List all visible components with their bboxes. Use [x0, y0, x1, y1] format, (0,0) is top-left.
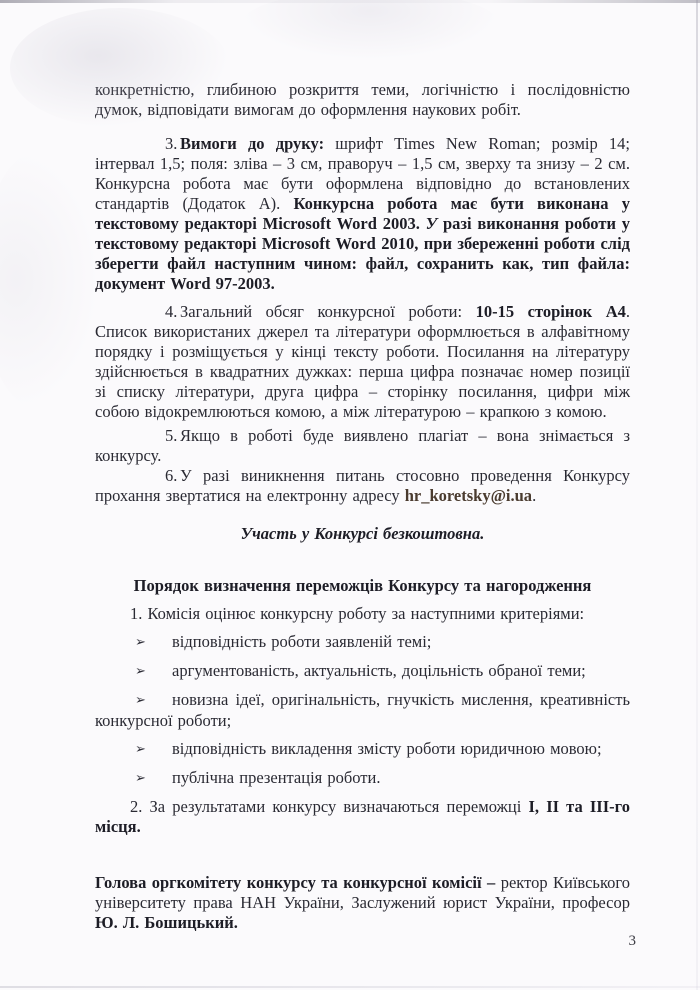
scan-smudge — [240, 0, 500, 60]
bullet-criterion-legal-language: ➢відповідність викладення змісту роботи … — [95, 739, 630, 760]
bullet-criterion-presentation: ➢публічна презентація роботи. — [95, 768, 630, 789]
paragraph-item-6-contact: 6.У разі виникнення питань стосовно пров… — [95, 466, 630, 506]
bullet-criterion-novelty: ➢новизна ідеї, оригінальність, гнучкість… — [95, 690, 630, 731]
text-run: У — [426, 214, 437, 233]
bullet-criterion-argumentation: ➢аргументованість, актуальність, доцільн… — [95, 661, 630, 682]
paragraph-continuation: конкретністю, глибиною розкриття теми, л… — [95, 80, 630, 120]
scan-smudge — [0, 150, 100, 410]
text-run: новизна ідеї, оригінальність, гнучкість … — [95, 690, 635, 730]
text-run: публічна презентація роботи. — [172, 768, 380, 787]
list-number: 3. — [130, 134, 180, 154]
text-run: аргументованість, актуальність, доцільні… — [172, 661, 586, 680]
text-run: Голова оргкомітету конкурсу та конкурсно… — [95, 873, 501, 892]
text-run: відповідність роботи заявленій темі; — [172, 632, 431, 651]
text-run: Ю. Л. Бошицький. — [95, 913, 238, 932]
text-run: . — [532, 486, 536, 505]
arrow-bullet-icon: ➢ — [115, 690, 172, 710]
scan-edge-artifact — [696, 0, 698, 990]
text-run: 10-15 сторінок А4 — [476, 302, 626, 321]
paragraph-item-5-plagiarism: 5.Якщо в роботі буде виявлено плагіат – … — [95, 426, 630, 466]
scan-edge-artifact — [0, 986, 700, 988]
paragraph-results: 2. За результатами конкурсу визначаються… — [95, 797, 630, 837]
section-heading-winners: Порядок визначення переможців Конкурсу т… — [95, 576, 630, 596]
arrow-bullet-icon: ➢ — [115, 739, 172, 759]
scanned-document-page: конкретністю, глибиною розкриття теми, л… — [0, 0, 700, 990]
bullet-criterion-topic: ➢відповідність роботи заявленій темі; — [95, 632, 630, 653]
arrow-bullet-icon: ➢ — [115, 768, 172, 788]
list-number: 4. — [130, 302, 180, 322]
arrow-bullet-icon: ➢ — [115, 632, 172, 652]
list-number: 6. — [130, 466, 180, 486]
text-run: hr_koretsky@i.ua — [405, 486, 532, 505]
text-run: 2. За результатами конкурсу визначаються… — [130, 797, 529, 816]
paragraph-criteria-intro: 1. Комісія оцінює конкурсну роботу за на… — [95, 604, 630, 624]
paragraph-item-3-print-requirements: 3.Вимоги до друку: шрифт Times New Roman… — [95, 134, 630, 294]
paragraph-item-4-volume: 4.Загальний обсяг конкурсної роботи: 10-… — [95, 302, 630, 422]
scan-edge-artifact — [0, 0, 700, 3]
arrow-bullet-icon: ➢ — [115, 661, 172, 681]
document-body: конкретністю, глибиною розкриття теми, л… — [95, 80, 630, 933]
text-run: 1. Комісія оцінює конкурсну роботу за на… — [130, 604, 584, 623]
text-run: відповідність викладення змісту роботи ю… — [172, 739, 602, 758]
page-number: 3 — [629, 933, 637, 950]
list-number: 5. — [130, 426, 180, 446]
note-free-participation: Участь у Конкурсі безкоштовна. — [95, 524, 630, 544]
text-run: Загальний обсяг конкурсної роботи: — [180, 302, 476, 321]
text-run: Вимоги до друку: — [180, 134, 324, 153]
text-run: Порядок визначення переможців Конкурсу т… — [134, 576, 592, 595]
paragraph-signature: Голова оргкомітету конкурсу та конкурсно… — [95, 873, 630, 933]
text-run: Участь у Конкурсі безкоштовна. — [241, 524, 485, 543]
text-run: конкретністю, глибиною розкриття теми, л… — [95, 80, 635, 119]
